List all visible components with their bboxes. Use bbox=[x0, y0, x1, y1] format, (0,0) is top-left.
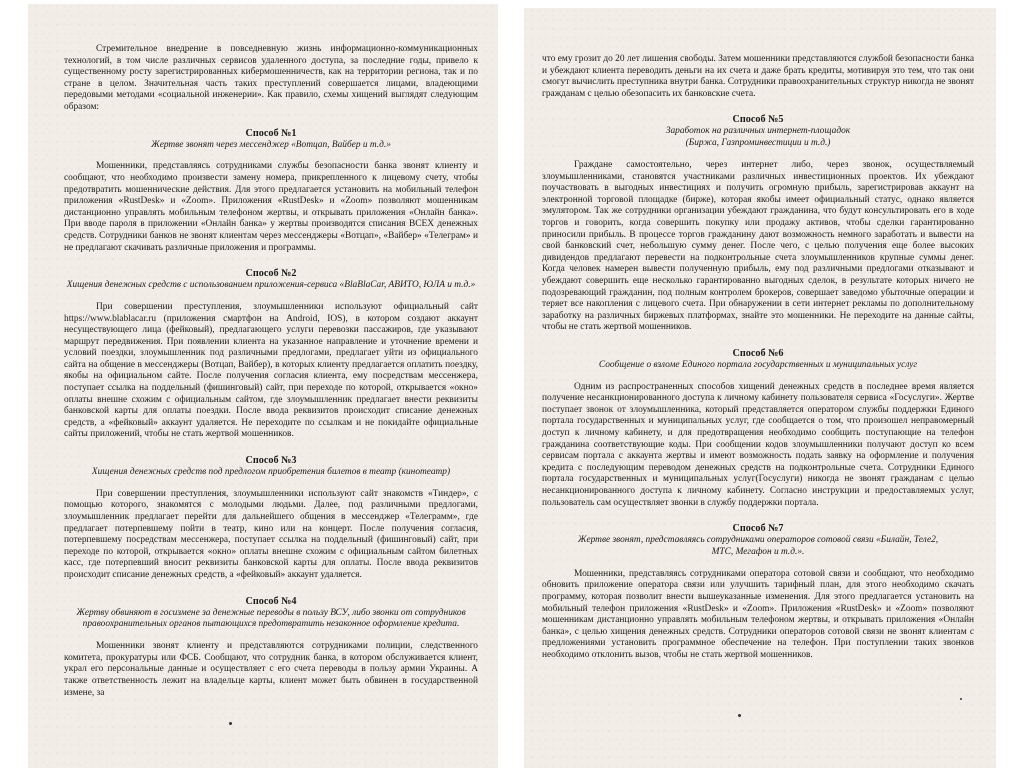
method-subtitle: Жертве звонят, представляясь сотрудникам… bbox=[542, 535, 974, 559]
method-5-body: Граждане самостоятельно, через интернет … bbox=[542, 160, 974, 334]
method-title: Способ №4 bbox=[64, 596, 478, 608]
method-subtitle: Жертву обвиняют в госизмене за денежные … bbox=[64, 608, 478, 632]
method-title: Способ №6 bbox=[542, 348, 974, 360]
scan-speck bbox=[960, 698, 962, 700]
method-title: Способ №1 bbox=[64, 128, 478, 140]
method-3-body: При совершении преступления, злоумышленн… bbox=[64, 489, 478, 582]
method-2-body: При совершении преступления, злоумышленн… bbox=[64, 302, 478, 441]
method-7-heading: Способ №7 Жертве звонят, представляясь с… bbox=[542, 523, 974, 559]
continuation-paragraph: что ему грозит до 20 лет лишения свободы… bbox=[542, 54, 974, 100]
method-title: Способ №2 bbox=[64, 268, 478, 280]
intro-paragraph: Стремительное внедрение в повседневную ж… bbox=[64, 44, 478, 114]
method-title: Способ №3 bbox=[64, 455, 478, 467]
method-title: Способ №5 bbox=[542, 114, 974, 126]
document-page-left: Стремительное внедрение в повседневную ж… bbox=[28, 4, 498, 768]
method-4-body: Мошенники звонят клиенту и представляютс… bbox=[64, 641, 478, 699]
method-6-heading: Способ №6 Сообщение о взломе Единого пор… bbox=[542, 348, 974, 372]
method-subtitle: Жертве звонят через мессенджер «Вотцап, … bbox=[64, 140, 478, 152]
method-3-heading: Способ №3 Хищения денежных средств под п… bbox=[64, 455, 478, 479]
method-subtitle: Хищения денежных средств с использование… bbox=[64, 280, 478, 292]
method-2-heading: Способ №2 Хищения денежных средств с исп… bbox=[64, 268, 478, 292]
method-4-heading: Способ №4 Жертву обвиняют в госизмене за… bbox=[64, 596, 478, 632]
method-6-body: Одним из распространенных способов хищен… bbox=[542, 382, 974, 510]
method-7-body: Мошенники, представляясь сотрудниками оп… bbox=[542, 569, 974, 662]
scan-speck bbox=[229, 722, 232, 725]
method-title: Способ №7 bbox=[542, 523, 974, 535]
method-subtitle: Хищения денежных средств под предлогом п… bbox=[64, 467, 478, 479]
method-5-heading: Способ №5 Заработок на различных интерне… bbox=[542, 114, 974, 150]
method-subtitle: Заработок на различных интернет-площадок… bbox=[542, 126, 974, 150]
scan-speck bbox=[738, 714, 741, 717]
method-subtitle: Сообщение о взломе Единого портала госуд… bbox=[542, 360, 974, 372]
method-1-heading: Способ №1 Жертве звонят через мессенджер… bbox=[64, 128, 478, 152]
document-page-right: что ему грозит до 20 лет лишения свободы… bbox=[524, 8, 996, 768]
method-1-body: Мошенники, представляясь сотрудниками сл… bbox=[64, 161, 478, 254]
